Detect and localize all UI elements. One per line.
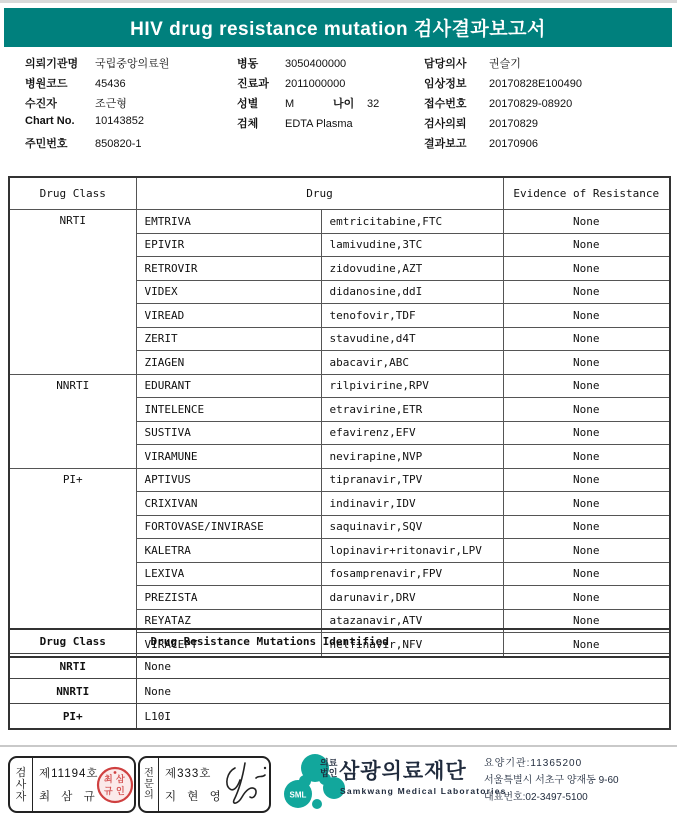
drug-generic-cell: stavudine,d4T bbox=[321, 327, 503, 351]
field-value: 20170828E100490 bbox=[489, 78, 582, 90]
info-row-ward: 병동 3050400000 bbox=[237, 55, 422, 69]
drug-brand-cell: LEXIVA bbox=[136, 562, 321, 586]
drug-brand-cell: CRIXIVAN bbox=[136, 492, 321, 516]
drug-generic-cell: lamivudine,3TC bbox=[321, 233, 503, 257]
evidence-cell: None bbox=[503, 515, 670, 539]
drug-brand-cell: VIDEX bbox=[136, 280, 321, 304]
evidence-cell: None bbox=[503, 468, 670, 492]
evidence-cell: None bbox=[503, 304, 670, 328]
field-label: 결과보고 bbox=[424, 135, 489, 151]
field-value: 20170906 bbox=[489, 138, 538, 150]
drug-generic-cell: etravirine,ETR bbox=[321, 398, 503, 422]
evidence-cell: None bbox=[503, 327, 670, 351]
field-label: 접수번호 bbox=[424, 95, 489, 111]
drug-generic-cell: fosamprenavir,FPV bbox=[321, 562, 503, 586]
table-header-row: Drug Class Drug Evidence of Resistance bbox=[9, 177, 670, 210]
field-label: 담당의사 bbox=[424, 55, 489, 71]
table-header-row: Drug Class Drug Resistance Mutations Ide… bbox=[9, 629, 670, 654]
drug-brand-cell: VIRAMUNE bbox=[136, 445, 321, 469]
field-label: Chart No. bbox=[25, 115, 95, 127]
evidence-cell: None bbox=[503, 257, 670, 281]
mutation-row: NNRTI None bbox=[9, 679, 670, 704]
svg-text:규: 규 bbox=[104, 786, 113, 797]
mutation-row: PI+ L10I bbox=[9, 704, 670, 730]
field-value: 20170829 bbox=[489, 118, 538, 130]
evidence-cell: None bbox=[503, 539, 670, 563]
drug-brand-cell: FORTOVASE/INVIRASE bbox=[136, 515, 321, 539]
info-row-doctor: 담당의사 권슬기 bbox=[424, 55, 672, 69]
field-label: 검사의뢰 bbox=[424, 115, 489, 131]
drug-brand-cell: PREZISTA bbox=[136, 586, 321, 610]
drug-generic-cell: tenofovir,TDF bbox=[321, 304, 503, 328]
drug-generic-cell: lopinavir+ritonavir,LPV bbox=[321, 539, 503, 563]
col-header-mutations: Drug Resistance Mutations Identified bbox=[136, 629, 670, 654]
info-row-department: 진료과 2011000000 bbox=[237, 75, 422, 89]
drug-brand-cell: EMTRIVA bbox=[136, 210, 321, 234]
field-label: 병동 bbox=[237, 55, 285, 71]
col-header-drug-class: Drug Class bbox=[9, 177, 136, 210]
field-label: 주민번호 bbox=[25, 135, 95, 151]
info-row-chart-no: Chart No. 10143852 bbox=[25, 115, 235, 129]
drug-generic-cell: nevirapine,NVP bbox=[321, 445, 503, 469]
field-label: 임상정보 bbox=[424, 75, 489, 91]
field-value: 45436 bbox=[95, 78, 126, 90]
drug-generic-cell: zidovudine,AZT bbox=[321, 257, 503, 281]
field-label: 진료과 bbox=[237, 75, 285, 91]
mutation-value-cell: None bbox=[136, 679, 670, 704]
drug-brand-cell: APTIVUS bbox=[136, 468, 321, 492]
evidence-cell: None bbox=[503, 351, 670, 375]
field-value-sex: M bbox=[285, 98, 333, 110]
field-value: 권슬기 bbox=[489, 55, 521, 71]
lab-name-korean: 삼광의료재단 bbox=[339, 755, 467, 785]
report-title-bar: HIV drug resistance mutation 검사결과보고서 bbox=[4, 8, 672, 47]
drug-brand-cell: ZERIT bbox=[136, 327, 321, 351]
field-label: 의뢰기관명 bbox=[25, 55, 95, 71]
evidence-cell: None bbox=[503, 562, 670, 586]
col-header-drug-class: Drug Class bbox=[9, 629, 136, 654]
field-value: 3050400000 bbox=[285, 58, 346, 70]
page-title: HIV drug resistance mutation 검사결과보고서 bbox=[130, 14, 546, 41]
drug-generic-cell: emtricitabine,FTC bbox=[321, 210, 503, 234]
info-row-patient-name: 수진자 조근형 bbox=[25, 95, 235, 109]
examiner-role-label: 검 사 자 bbox=[10, 758, 33, 811]
drug-generic-cell: efavirenz,EFV bbox=[321, 421, 503, 445]
lab-org-type: 의료 법인 bbox=[320, 758, 337, 778]
drug-brand-cell: RETROVIR bbox=[136, 257, 321, 281]
drug-brand-cell: EPIVIR bbox=[136, 233, 321, 257]
evidence-cell: None bbox=[503, 233, 670, 257]
drug-class-cell: NNRTI bbox=[9, 374, 136, 468]
specialist-role-label: 전 문 의 bbox=[140, 758, 159, 811]
svg-text:인: 인 bbox=[116, 785, 125, 797]
drug-brand-cell: KALETRA bbox=[136, 539, 321, 563]
mutation-class-cell: NNRTI bbox=[9, 679, 136, 704]
specialist-handwritten-signature-icon bbox=[219, 759, 269, 811]
info-row-test-requested: 검사의뢰 20170829 bbox=[424, 115, 672, 129]
field-value: 10143852 bbox=[95, 115, 144, 127]
drug-resistance-table: Drug Class Drug Evidence of Resistance N… bbox=[8, 176, 671, 658]
drug-generic-cell: abacavir,ABC bbox=[321, 351, 503, 375]
patient-info-middle: 병동 3050400000 진료과 2011000000 성별 M 나이 32 … bbox=[237, 55, 422, 135]
footer-divider-line bbox=[0, 745, 677, 747]
mutation-value-cell: L10I bbox=[136, 704, 670, 730]
drug-brand-cell: ZIAGEN bbox=[136, 351, 321, 375]
drug-brand-cell: VIREAD bbox=[136, 304, 321, 328]
field-value: 20170829-08920 bbox=[489, 98, 572, 110]
field-label: 검체 bbox=[237, 115, 285, 131]
drug-class-cell: NRTI bbox=[9, 210, 136, 375]
field-label: 수진자 bbox=[25, 95, 95, 111]
field-value-age: 32 bbox=[367, 98, 379, 110]
lab-contact-info: 요양기관:11365200 서울특별시 서초구 양재동 9-60 대표번호:02… bbox=[484, 755, 619, 806]
field-label: 성별 bbox=[237, 95, 285, 111]
evidence-cell: None bbox=[503, 280, 670, 304]
drug-generic-cell: saquinavir,SQV bbox=[321, 515, 503, 539]
field-value: 2011000000 bbox=[285, 78, 345, 90]
info-row-institution: 의뢰기관명 국립중앙의료원 bbox=[25, 55, 235, 69]
info-row-clinical-info: 임상정보 20170828E100490 bbox=[424, 75, 672, 89]
drug-generic-cell: didanosine,ddI bbox=[321, 280, 503, 304]
info-row-resident-no: 주민번호 850820-1 bbox=[25, 135, 235, 149]
lab-care-org-no: 요양기관:11365200 bbox=[484, 755, 619, 772]
svg-text:최: 최 bbox=[104, 773, 113, 785]
drug-brand-cell: SUSTIVA bbox=[136, 421, 321, 445]
drug-row: NRTI EMTRIVA emtricitabine,FTC None bbox=[9, 210, 670, 234]
field-value: 국립중앙의료원 bbox=[95, 55, 169, 71]
col-header-drug: Drug bbox=[136, 177, 503, 210]
field-label: 병원코드 bbox=[25, 75, 95, 91]
info-row-specimen: 검체 EDTA Plasma bbox=[237, 115, 422, 129]
drug-generic-cell: rilpivirine,RPV bbox=[321, 374, 503, 398]
lab-phone: 대표번호:02-3497-5100 bbox=[484, 789, 619, 806]
evidence-cell: None bbox=[503, 374, 670, 398]
drug-generic-cell: indinavir,IDV bbox=[321, 492, 503, 516]
evidence-cell: None bbox=[503, 492, 670, 516]
field-value: 850820-1 bbox=[95, 138, 142, 150]
evidence-cell: None bbox=[503, 210, 670, 234]
drug-row: NNRTI EDURANT rilpivirine,RPV None bbox=[9, 374, 670, 398]
mutation-class-cell: NRTI bbox=[9, 654, 136, 679]
patient-info-left: 의뢰기관명 국립중앙의료원 병원코드 45436 수진자 조근형 Chart N… bbox=[25, 55, 235, 155]
field-value: 조근형 bbox=[95, 95, 127, 111]
mutation-class-cell: PI+ bbox=[9, 704, 136, 730]
drug-brand-cell: EDURANT bbox=[136, 374, 321, 398]
lab-name-english: Samkwang Medical Laboratories bbox=[340, 786, 507, 796]
col-header-evidence: Evidence of Resistance bbox=[503, 177, 670, 210]
top-border-strip bbox=[0, 0, 677, 3]
info-row-hospital-code: 병원코드 45436 bbox=[25, 75, 235, 89]
mutation-row: NRTI None bbox=[9, 654, 670, 679]
mutations-identified-table: Drug Class Drug Resistance Mutations Ide… bbox=[8, 628, 671, 730]
mutation-value-cell: None bbox=[136, 654, 670, 679]
drug-generic-cell: tipranavir,TPV bbox=[321, 468, 503, 492]
patient-info-right: 담당의사 권슬기 임상정보 20170828E100490 접수번호 20170… bbox=[424, 55, 672, 155]
svg-text:삼: 삼 bbox=[116, 773, 125, 785]
info-row-sex-age: 성별 M 나이 32 bbox=[237, 95, 422, 109]
evidence-cell: None bbox=[503, 398, 670, 422]
field-label-age: 나이 bbox=[333, 95, 367, 111]
evidence-cell: None bbox=[503, 586, 670, 610]
evidence-cell: None bbox=[503, 445, 670, 469]
drug-generic-cell: darunavir,DRV bbox=[321, 586, 503, 610]
drug-brand-cell: INTELENCE bbox=[136, 398, 321, 422]
info-row-result-reported: 결과보고 20170906 bbox=[424, 135, 672, 149]
field-value: EDTA Plasma bbox=[285, 118, 353, 130]
lab-address: 서울특별시 서초구 양재동 9-60 bbox=[484, 772, 619, 789]
info-row-receipt-no: 접수번호 20170829-08920 bbox=[424, 95, 672, 109]
examiner-seal-stamp-icon: 최삼 규인 bbox=[96, 766, 134, 804]
evidence-cell: None bbox=[503, 421, 670, 445]
sml-logo-text: SML bbox=[290, 791, 307, 800]
drug-row: PI+ APTIVUS tipranavir,TPV None bbox=[9, 468, 670, 492]
